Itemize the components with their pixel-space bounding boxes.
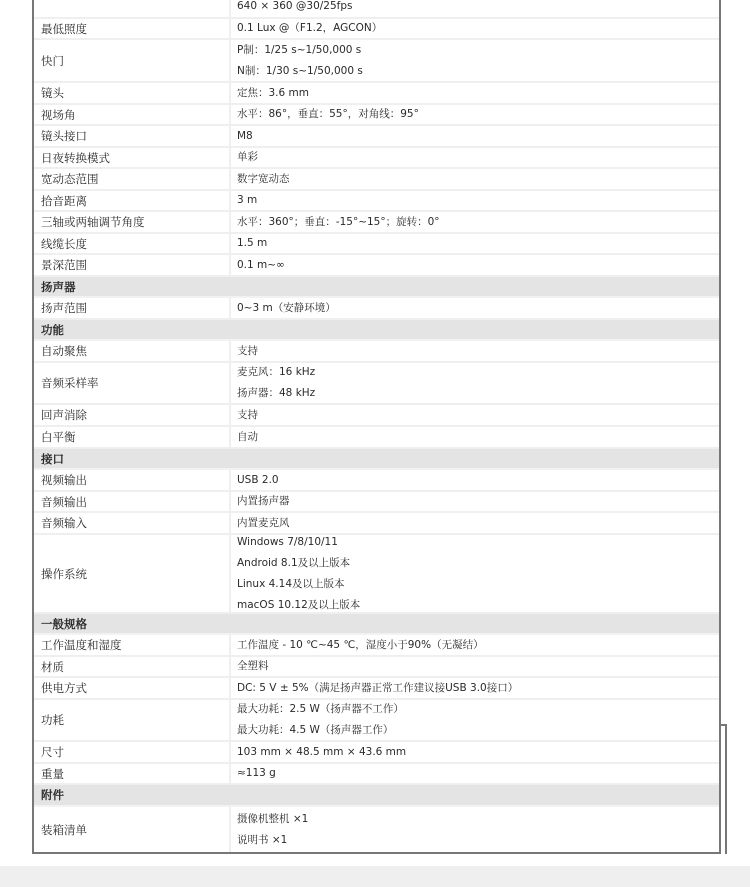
- spec-value-line: 103 mm × 48.5 mm × 43.6 mm: [237, 742, 719, 763]
- spec-value-line: macOS 10.12及以上版本: [237, 595, 719, 616]
- spec-value-line: 数字宽动态: [237, 169, 719, 190]
- spec-label: 操作系统: [34, 535, 231, 612]
- spec-row: 音频采样率麦克风：16 kHz扬声器：48 kHz: [34, 363, 719, 405]
- section-header-row: 一般规格: [34, 614, 719, 635]
- spec-row: 装箱清单摄像机整机 ×1说明书 ×1: [34, 807, 719, 852]
- spec-value: 0~3 m（安静环境）: [231, 298, 719, 318]
- spec-value: 最大功耗：2.5 W（扬声器不工作）最大功耗：4.5 W（扬声器工作）: [231, 700, 719, 740]
- spec-value-line: 自动: [237, 427, 719, 448]
- spec-value-line: 1.5 m: [237, 233, 719, 254]
- section-title: 扬声器: [34, 277, 719, 296]
- spec-label: 镜头: [34, 83, 231, 103]
- spec-label: 三轴或两轴调节角度: [34, 212, 231, 232]
- spec-value: 水平：86°，垂直：55°，对角线：95°: [231, 105, 719, 124]
- spec-label: 重量: [34, 764, 231, 783]
- spec-value: 内置扬声器: [231, 492, 719, 511]
- spec-value: 1.5 m: [231, 234, 719, 253]
- spec-value: 103 mm × 48.5 mm × 43.6 mm: [231, 742, 719, 762]
- spec-row: 白平衡自动: [34, 427, 719, 449]
- spec-label: [34, 0, 231, 17]
- spec-value: USB 2.0: [231, 470, 719, 490]
- section-title: 功能: [34, 320, 719, 339]
- spec-value: M8: [231, 126, 719, 146]
- spec-page: 640 × 480 @30/25fps640 × 360 @30/25fps最低…: [0, 0, 750, 887]
- spec-label: 快门: [34, 40, 231, 81]
- spec-row: 视场角水平：86°，垂直：55°，对角线：95°: [34, 105, 719, 126]
- spec-value-line: 定焦：3.6 mm: [237, 83, 719, 104]
- spec-value: DC: 5 V ± 5%（满足扬声器正常工作建议接USB 3.0接口）: [231, 678, 719, 698]
- spec-row: 快门P制：1/25 s~1/50,000 sN制：1/30 s~1/50,000…: [34, 40, 719, 83]
- spec-value-line: Windows 7/8/10/11: [237, 532, 719, 553]
- spec-label: 线缆长度: [34, 234, 231, 253]
- spec-table: 640 × 480 @30/25fps640 × 360 @30/25fps最低…: [32, 0, 721, 854]
- spec-label: 视频输出: [34, 470, 231, 490]
- spec-value-line: P制：1/25 s~1/50,000 s: [237, 40, 719, 61]
- spec-value: 640 × 480 @30/25fps640 × 360 @30/25fps: [231, 0, 719, 17]
- spec-value: 内置麦克风: [231, 513, 719, 533]
- spec-label: 尺寸: [34, 742, 231, 762]
- spec-value: Windows 7/8/10/11Android 8.1及以上版本Linux 4…: [231, 535, 719, 612]
- section-header-row: 接口: [34, 449, 719, 470]
- spec-value-line: Linux 4.14及以上版本: [237, 574, 719, 595]
- spec-row: 供电方式DC: 5 V ± 5%（满足扬声器正常工作建议接USB 3.0接口）: [34, 678, 719, 700]
- spec-label: 扬声范围: [34, 298, 231, 318]
- spec-row: 尺寸103 mm × 48.5 mm × 43.6 mm: [34, 742, 719, 764]
- section-title: 一般规格: [34, 614, 719, 633]
- spec-value-line: 内置扬声器: [237, 491, 719, 512]
- spec-label: 景深范围: [34, 255, 231, 275]
- spec-label: 视场角: [34, 105, 231, 124]
- spec-value: 自动: [231, 427, 719, 447]
- section-header-row: 功能: [34, 320, 719, 341]
- spec-label: 音频采样率: [34, 363, 231, 403]
- spec-value: 0.1 m~∞: [231, 255, 719, 275]
- section-title: 接口: [34, 449, 719, 468]
- spec-row: 最低照度0.1 Lux @（F1.2，AGCON）: [34, 19, 719, 40]
- spec-row: 功耗最大功耗：2.5 W（扬声器不工作）最大功耗：4.5 W（扬声器工作）: [34, 700, 719, 742]
- spec-label: 装箱清单: [34, 807, 231, 852]
- page-footer-band: [0, 866, 750, 887]
- spec-row: 镜头定焦：3.6 mm: [34, 83, 719, 105]
- spec-row: 自动聚焦支持: [34, 341, 719, 363]
- spec-value-line: M8: [237, 126, 719, 147]
- spec-value: 3 m: [231, 191, 719, 210]
- spec-value-line: 扬声器：48 kHz: [237, 383, 719, 404]
- spec-label: 白平衡: [34, 427, 231, 447]
- spec-value-line: 最大功耗：4.5 W（扬声器工作）: [237, 720, 719, 741]
- spec-label: 回声消除: [34, 405, 231, 425]
- spec-row: 宽动态范围数字宽动态: [34, 169, 719, 191]
- spec-value: 数字宽动态: [231, 169, 719, 189]
- spec-row: 材质全塑料: [34, 657, 719, 678]
- spec-label: 日夜转换模式: [34, 148, 231, 167]
- spec-row: 日夜转换模式单彩: [34, 148, 719, 169]
- spec-label: 工作温度和湿度: [34, 635, 231, 655]
- spec-value-line: 0.1 Lux @（F1.2，AGCON）: [237, 18, 719, 39]
- spec-value-line: DC: 5 V ± 5%（满足扬声器正常工作建议接USB 3.0接口）: [237, 678, 719, 699]
- spec-value: 定焦：3.6 mm: [231, 83, 719, 103]
- spec-row: 640 × 480 @30/25fps640 × 360 @30/25fps: [34, 0, 719, 19]
- spec-value-line: 最大功耗：2.5 W（扬声器不工作）: [237, 699, 719, 720]
- spec-value-line: 0.1 m~∞: [237, 255, 719, 276]
- spec-value-line: USB 2.0: [237, 470, 719, 491]
- spec-value-line: 全塑料: [237, 656, 719, 677]
- spec-value: P制：1/25 s~1/50,000 sN制：1/30 s~1/50,000 s: [231, 40, 719, 81]
- spec-value-line: 摄像机整机 ×1: [237, 809, 719, 830]
- section-header-row: 扬声器: [34, 277, 719, 298]
- spec-value-line: 单彩: [237, 147, 719, 168]
- spec-value-line: 0~3 m（安静环境）: [237, 298, 719, 319]
- spec-value: 支持: [231, 405, 719, 425]
- spec-row: 镜头接口M8: [34, 126, 719, 148]
- spec-value-line: N制：1/30 s~1/50,000 s: [237, 61, 719, 82]
- spec-row: 景深范围0.1 m~∞: [34, 255, 719, 277]
- spec-value-line: 内置麦克风: [237, 513, 719, 534]
- spec-label: 音频输出: [34, 492, 231, 511]
- spec-value: 全塑料: [231, 657, 719, 676]
- spec-label: 拾音距离: [34, 191, 231, 210]
- spec-row: 操作系统Windows 7/8/10/11Android 8.1及以上版本Lin…: [34, 535, 719, 614]
- spec-label: 材质: [34, 657, 231, 676]
- spec-label: 音频输入: [34, 513, 231, 533]
- spec-value: 麦克风：16 kHz扬声器：48 kHz: [231, 363, 719, 403]
- spec-row: 音频输出内置扬声器: [34, 492, 719, 513]
- spec-value-line: 3 m: [237, 190, 719, 211]
- spec-row: 三轴或两轴调节角度水平：360°；垂直：-15°~15°；旋转：0°: [34, 212, 719, 234]
- spec-value: 0.1 Lux @（F1.2，AGCON）: [231, 19, 719, 38]
- spec-value: 摄像机整机 ×1说明书 ×1: [231, 807, 719, 852]
- spec-label: 供电方式: [34, 678, 231, 698]
- spec-value: ≈113 g: [231, 764, 719, 783]
- spec-label: 宽动态范围: [34, 169, 231, 189]
- spec-value: 单彩: [231, 148, 719, 167]
- spec-row: 重量≈113 g: [34, 764, 719, 785]
- spec-value: 工作温度 - 10 ℃~45 ℃，湿度小于90%（无凝结）: [231, 635, 719, 655]
- section-title: 附件: [34, 785, 719, 805]
- spec-value-line: ≈113 g: [237, 763, 719, 784]
- spec-value-line: 说明书 ×1: [237, 830, 719, 851]
- spec-label: 镜头接口: [34, 126, 231, 146]
- spec-value-line: Android 8.1及以上版本: [237, 553, 719, 574]
- spec-row: 线缆长度1.5 m: [34, 234, 719, 255]
- spec-row: 工作温度和湿度工作温度 - 10 ℃~45 ℃，湿度小于90%（无凝结）: [34, 635, 719, 657]
- spec-value-line: 支持: [237, 341, 719, 362]
- spec-row: 视频输出USB 2.0: [34, 470, 719, 492]
- section-header-row: 附件: [34, 785, 719, 807]
- spec-row: 拾音距离3 m: [34, 191, 719, 212]
- spec-value-line: 640 × 360 @30/25fps: [237, 0, 719, 17]
- table-border-right-lower: [725, 724, 727, 854]
- spec-value: 支持: [231, 341, 719, 361]
- spec-value-line: 水平：86°，垂直：55°，对角线：95°: [237, 104, 719, 125]
- spec-label: 功耗: [34, 700, 231, 740]
- spec-value-line: 支持: [237, 405, 719, 426]
- spec-row: 回声消除支持: [34, 405, 719, 427]
- spec-value-line: 工作温度 - 10 ℃~45 ℃，湿度小于90%（无凝结）: [237, 635, 719, 656]
- spec-label: 自动聚焦: [34, 341, 231, 361]
- spec-value-line: 麦克风：16 kHz: [237, 362, 719, 383]
- spec-label: 最低照度: [34, 19, 231, 38]
- spec-row: 扬声范围0~3 m（安静环境）: [34, 298, 719, 320]
- spec-value: 水平：360°；垂直：-15°~15°；旋转：0°: [231, 212, 719, 232]
- spec-value-line: 水平：360°；垂直：-15°~15°；旋转：0°: [237, 212, 719, 233]
